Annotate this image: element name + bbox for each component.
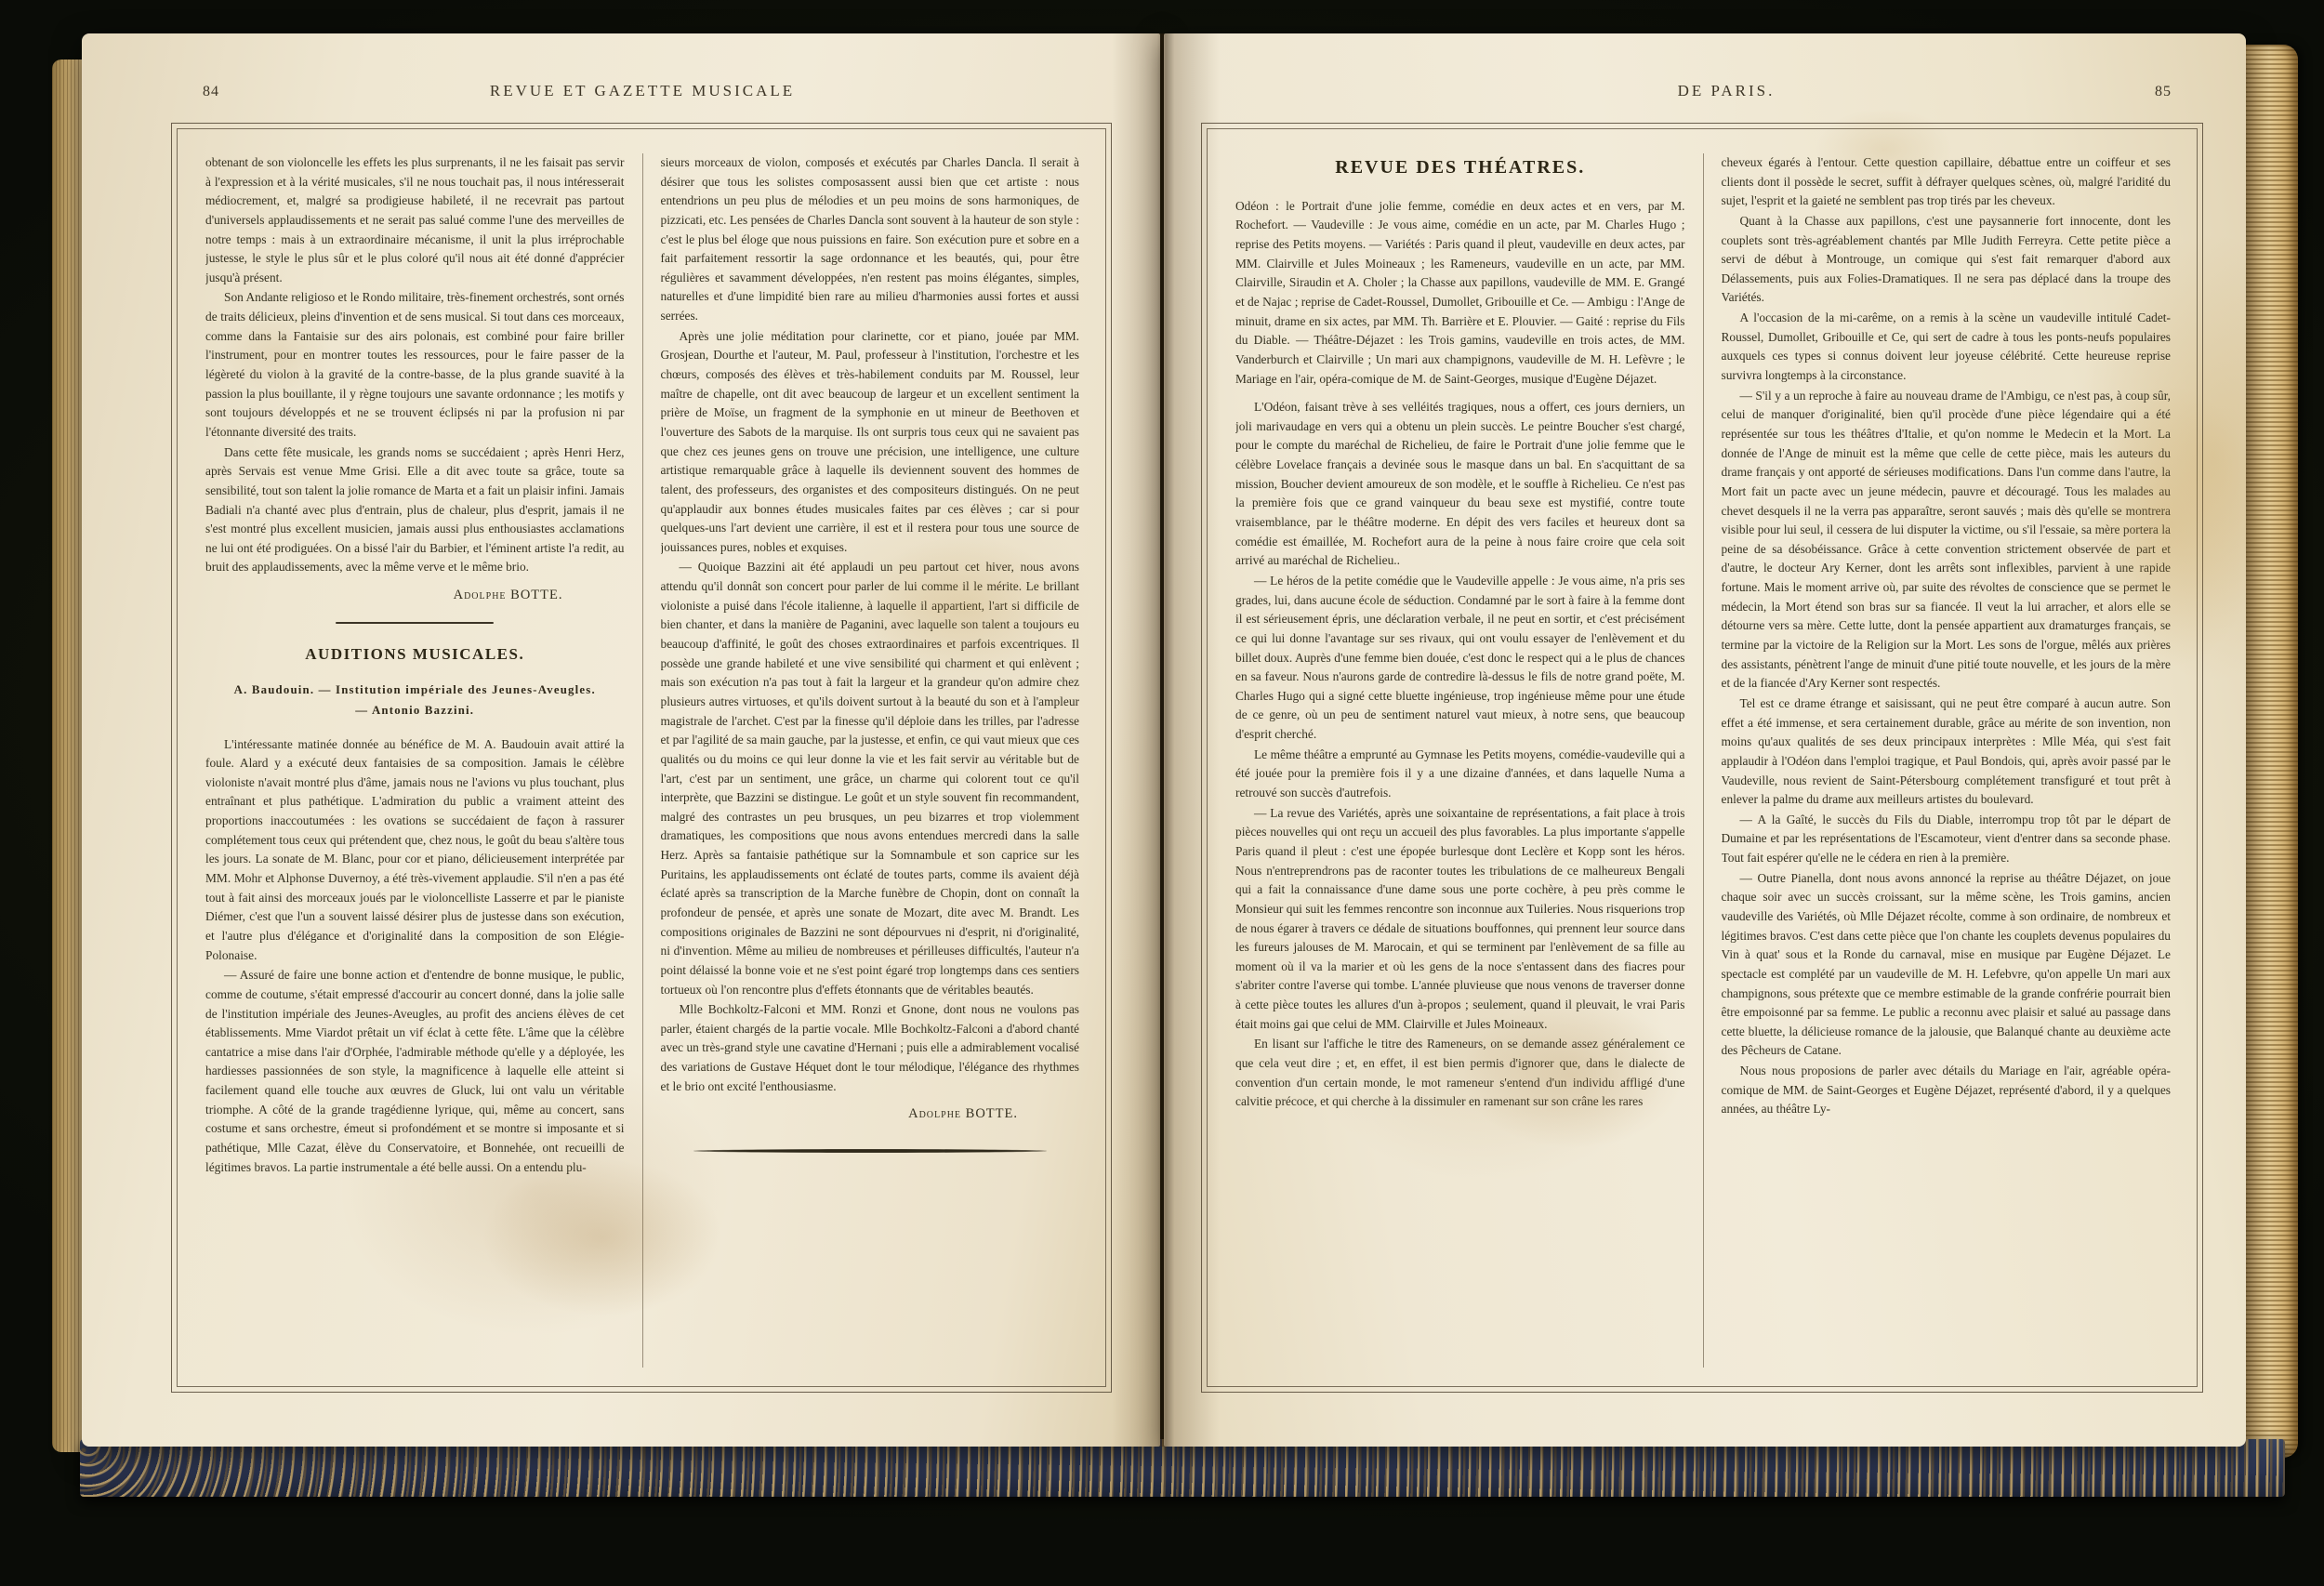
right-text-frame-inner: REVUE DES THÉATRES. Odéon : le Portrait … xyxy=(1207,128,2198,1387)
paragraph: — S'il y a un reproche à faire au nouvea… xyxy=(1722,387,2172,694)
left-text-frame-inner: obtenant de son violoncelle les effets l… xyxy=(177,128,1106,1387)
paragraph: Le même théâtre a emprunté au Gymnase le… xyxy=(1235,746,1685,803)
section-heading-auditions: AUDITIONS MUSICALES. xyxy=(205,642,625,667)
section-subheading: A. Baudouin. — Institution impériale des… xyxy=(205,681,625,720)
paragraph: A l'occasion de la mi-carême, on a remis… xyxy=(1722,309,2172,386)
section-subheading-line1: A. Baudouin. — Institution impériale des… xyxy=(205,681,625,699)
section-subheading-line2: — Antonio Bazzini. xyxy=(205,701,625,720)
paragraph: — Le héros de la petite comédie que le V… xyxy=(1235,572,1685,745)
left-page-header: 84 REVUE ET GAZETTE MUSICALE xyxy=(177,82,1108,110)
column-rule xyxy=(1703,153,1704,1368)
author-signature: Adolphe BOTTE. xyxy=(205,585,625,605)
paragraph: — Outre Pianella, dont nous avons annonc… xyxy=(1722,869,2172,1061)
page-right: DE PARIS. 85 REVUE DES THÉATRES. Odéon :… xyxy=(1164,33,2246,1447)
right-column-2: cheveux égarés à l'entour. Cette questio… xyxy=(1722,153,2172,1368)
marbled-cover-edge xyxy=(80,1439,2285,1497)
paragraph: Après une jolie méditation pour clarinet… xyxy=(661,327,1080,558)
paragraph: Tel est ce drame étrange et saisissant, … xyxy=(1722,694,2172,810)
paragraph: Quant à la Chasse aux papillons, c'est u… xyxy=(1722,212,2172,308)
right-text-frame: REVUE DES THÉATRES. Odéon : le Portrait … xyxy=(1201,123,2203,1393)
left-column-2: sieurs morceaux de violon, composés et e… xyxy=(661,153,1080,1368)
book-page-stack-fore-edge xyxy=(2246,45,2298,1458)
left-running-title: REVUE ET GAZETTE MUSICALE xyxy=(177,82,1108,100)
paragraph: cheveux égarés à l'entour. Cette questio… xyxy=(1722,153,2172,211)
left-text-frame: obtenant de son violoncelle les effets l… xyxy=(171,123,1112,1393)
paragraph: Mlle Bochkoltz-Falconi et MM. Ronzi et G… xyxy=(661,1000,1080,1096)
right-column-1: REVUE DES THÉATRES. Odéon : le Portrait … xyxy=(1235,153,1685,1368)
closing-rule xyxy=(693,1149,1047,1153)
left-column-1: obtenant de son violoncelle les effets l… xyxy=(205,153,625,1368)
paragraph: Dans cette fête musicale, les grands nom… xyxy=(205,443,625,577)
scanned-book-photo: { "left_page": { "page_number": "84", "r… xyxy=(0,0,2324,1586)
paragraph: Nous nous proposions de parler avec déta… xyxy=(1722,1062,2172,1119)
paragraph: — A la Gaîté, le succès du Fils du Diabl… xyxy=(1722,811,2172,868)
paragraph: L'intéressante matinée donnée au bénéfic… xyxy=(205,735,625,966)
paragraph: Son Andante religioso et le Rondo milita… xyxy=(205,288,625,442)
paragraph: En lisant sur l'affiche le titre des Ram… xyxy=(1235,1035,1685,1112)
paragraph: L'Odéon, faisant trève à ses velléités t… xyxy=(1235,398,1685,571)
paragraph: sieurs morceaux de violon, composés et e… xyxy=(661,153,1080,326)
page-left: 84 REVUE ET GAZETTE MUSICALE obtenant de… xyxy=(82,33,1160,1447)
section-divider xyxy=(336,622,494,624)
column-rule xyxy=(642,153,643,1368)
paragraph: — Assuré de faire une bonne action et d'… xyxy=(205,966,625,1177)
paragraph: — Quoique Bazzini ait été applaudi un pe… xyxy=(661,558,1080,999)
right-page-number: 85 xyxy=(2155,84,2172,100)
paragraph: — La revue des Variétés, après une soixa… xyxy=(1235,804,1685,1035)
right-running-title: DE PARIS. xyxy=(1259,82,2194,100)
paragraph: obtenant de son violoncelle les effets l… xyxy=(205,153,625,287)
author-signature: Adolphe BOTTE. xyxy=(661,1104,1080,1124)
theatre-program-masthead: Odéon : le Portrait d'une jolie femme, c… xyxy=(1235,197,1685,389)
section-heading-revue-des-theatres: REVUE DES THÉATRES. xyxy=(1235,153,1685,182)
right-page-header: DE PARIS. 85 xyxy=(1259,82,2194,110)
